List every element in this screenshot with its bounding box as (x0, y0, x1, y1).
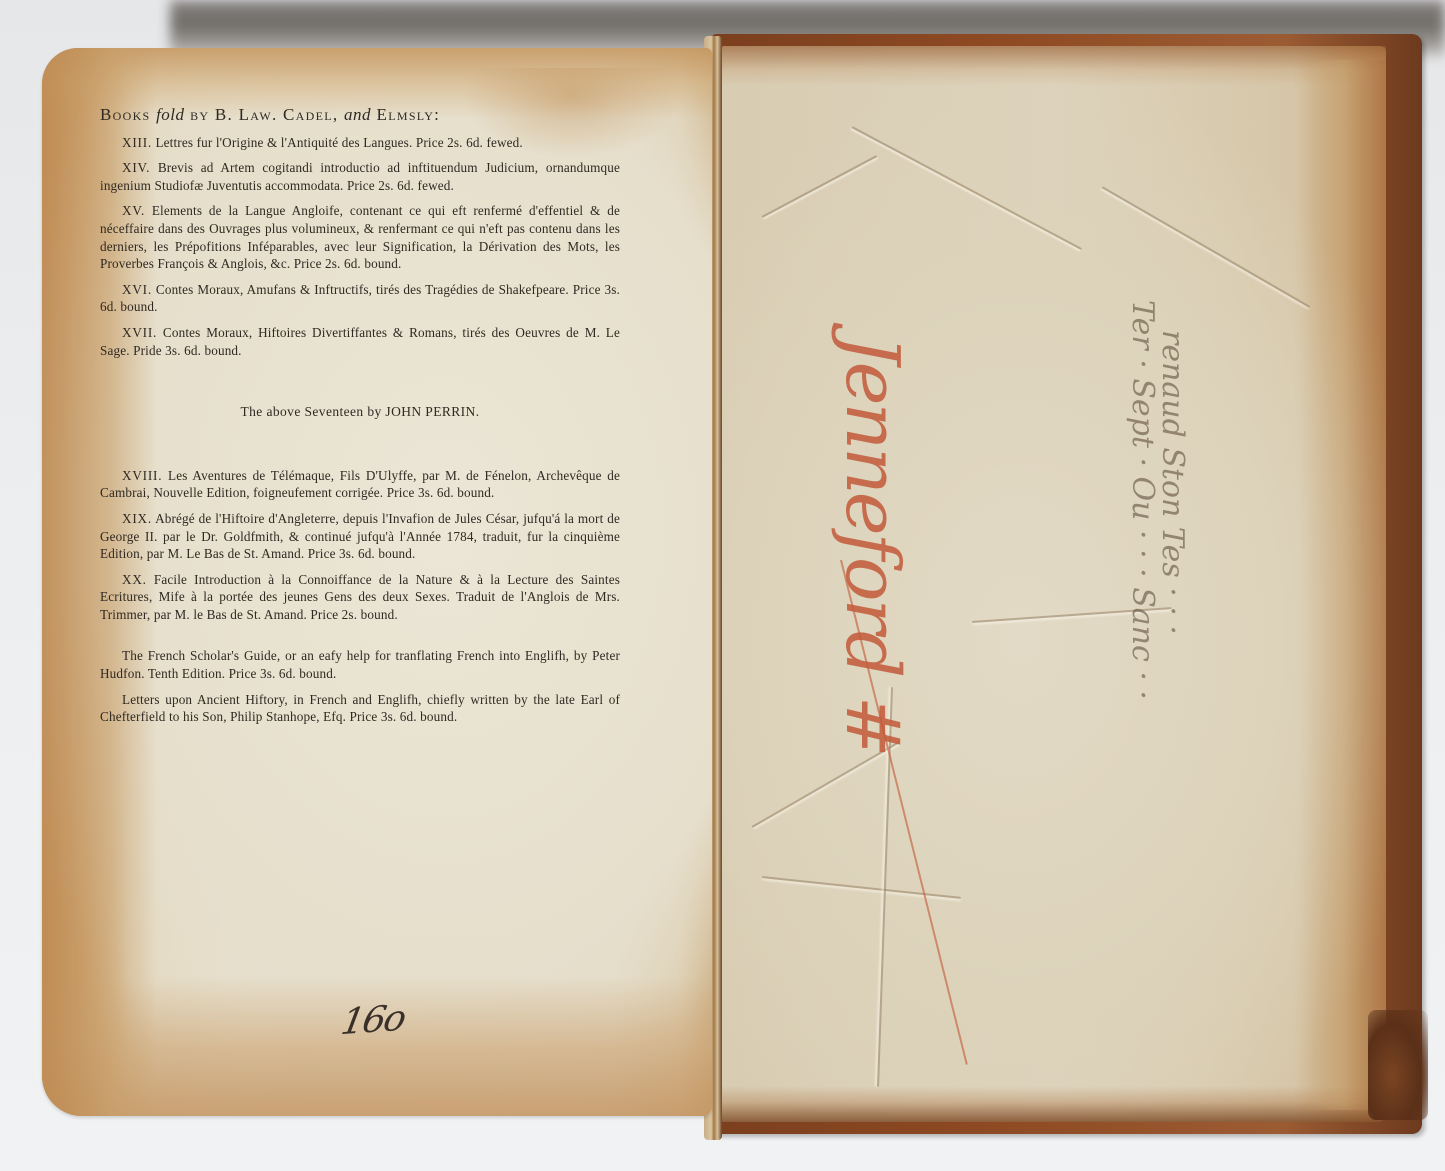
catalogue-entry: XVIII. Les Aventures de Télémaque, Fils … (100, 467, 620, 502)
brown-inscription-line: Ter · Sept · Ou · · · Sanc · · (1125, 300, 1160, 700)
catalogue-entry: XVII. Contes Moraux, Hiftoires Divertiff… (100, 324, 620, 359)
catalogue-entry: XIII. Lettres fur l'Origine & l'Antiquit… (100, 134, 620, 152)
catalogue-entry: XX. Facile Introduction à la Connoiffanc… (100, 571, 620, 624)
inside-cover-pastedown (722, 46, 1386, 1122)
leather-turn-in (1300, 60, 1386, 1110)
paper-crease (852, 126, 1083, 250)
printed-text-block: Books fold by B. Law. Cadel, and Elmsly:… (100, 100, 620, 734)
handwritten-mark: 16o (338, 998, 408, 1043)
spacer (100, 631, 620, 647)
catalogue-entry: XV. Elements de la Langue Angloife, cont… (100, 202, 620, 272)
catalogue-entry: Letters upon Ancient Hiftory, in French … (100, 691, 620, 726)
page-heading: Books fold by B. Law. Cadel, and Elmsly: (100, 106, 620, 124)
catalogue-entry: XIX. Abrégé de l'Hiftoire d'Angleterre, … (100, 510, 620, 563)
author-attribution: The above Seventeen by JOHN PERRIN. (100, 403, 620, 421)
brown-inscription-line: renaud Ston Tes · · · (1155, 330, 1190, 635)
photo-scene: Jenneford # renaud Ston Tes · · · Ter · … (0, 0, 1445, 1171)
worn-corner (1368, 1010, 1428, 1120)
paper-crease (762, 876, 961, 899)
red-inscription: Jenneford # (829, 335, 915, 755)
catalogue-entry: The French Scholar's Guide, or an eafy h… (100, 647, 620, 682)
paper-crease (762, 155, 878, 218)
catalogue-entry: XIV. Brevis ad Artem cogitandi introduct… (100, 159, 620, 194)
paper-crease (1102, 186, 1311, 308)
catalogue-entry: XVI. Contes Moraux, Amufans & Inftructif… (100, 281, 620, 316)
